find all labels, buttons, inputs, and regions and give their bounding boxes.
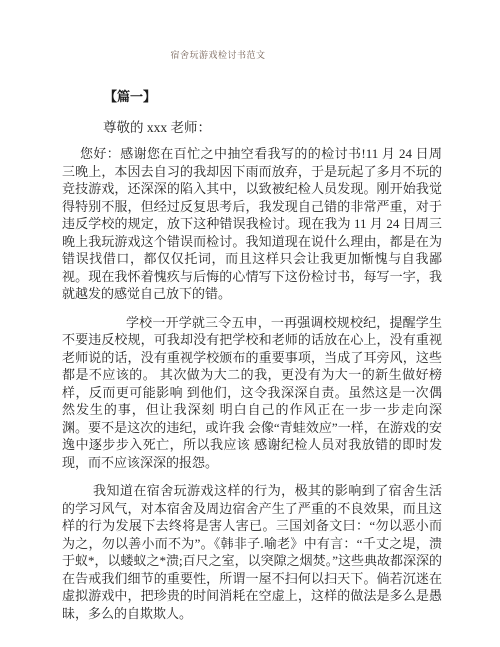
page-title: 宿舍玩游戏检讨书范文 <box>62 48 374 61</box>
document-body: 您好：感谢您在百忙之中抽空看我写的的检讨书!11 月 24 日周三晚上，本因去自… <box>62 145 442 622</box>
document-page: 宿舍玩游戏检讨书范文 【篇一】 尊敬的 xxx 老师： 您好：感谢您在百忙之中抽… <box>0 0 500 647</box>
paragraph: 您好：感谢您在百忙之中抽空看我写的的检讨书!11 月 24 日周三晚上，本因去自… <box>62 145 442 303</box>
paragraph: 我知道在宿舍玩游戏这样的行为，极其的影响到了宿舍生活的学习风气，对本宿舍及周边宿… <box>62 482 442 622</box>
section-heading: 【篇一】 <box>104 86 440 105</box>
salutation-line: 尊敬的 xxx 老师： <box>103 116 440 136</box>
paragraph: 学校一开学就三令五申，一再强调校规校纪，提醒学生不要违反校规，可我却没有把学校和… <box>62 314 442 472</box>
